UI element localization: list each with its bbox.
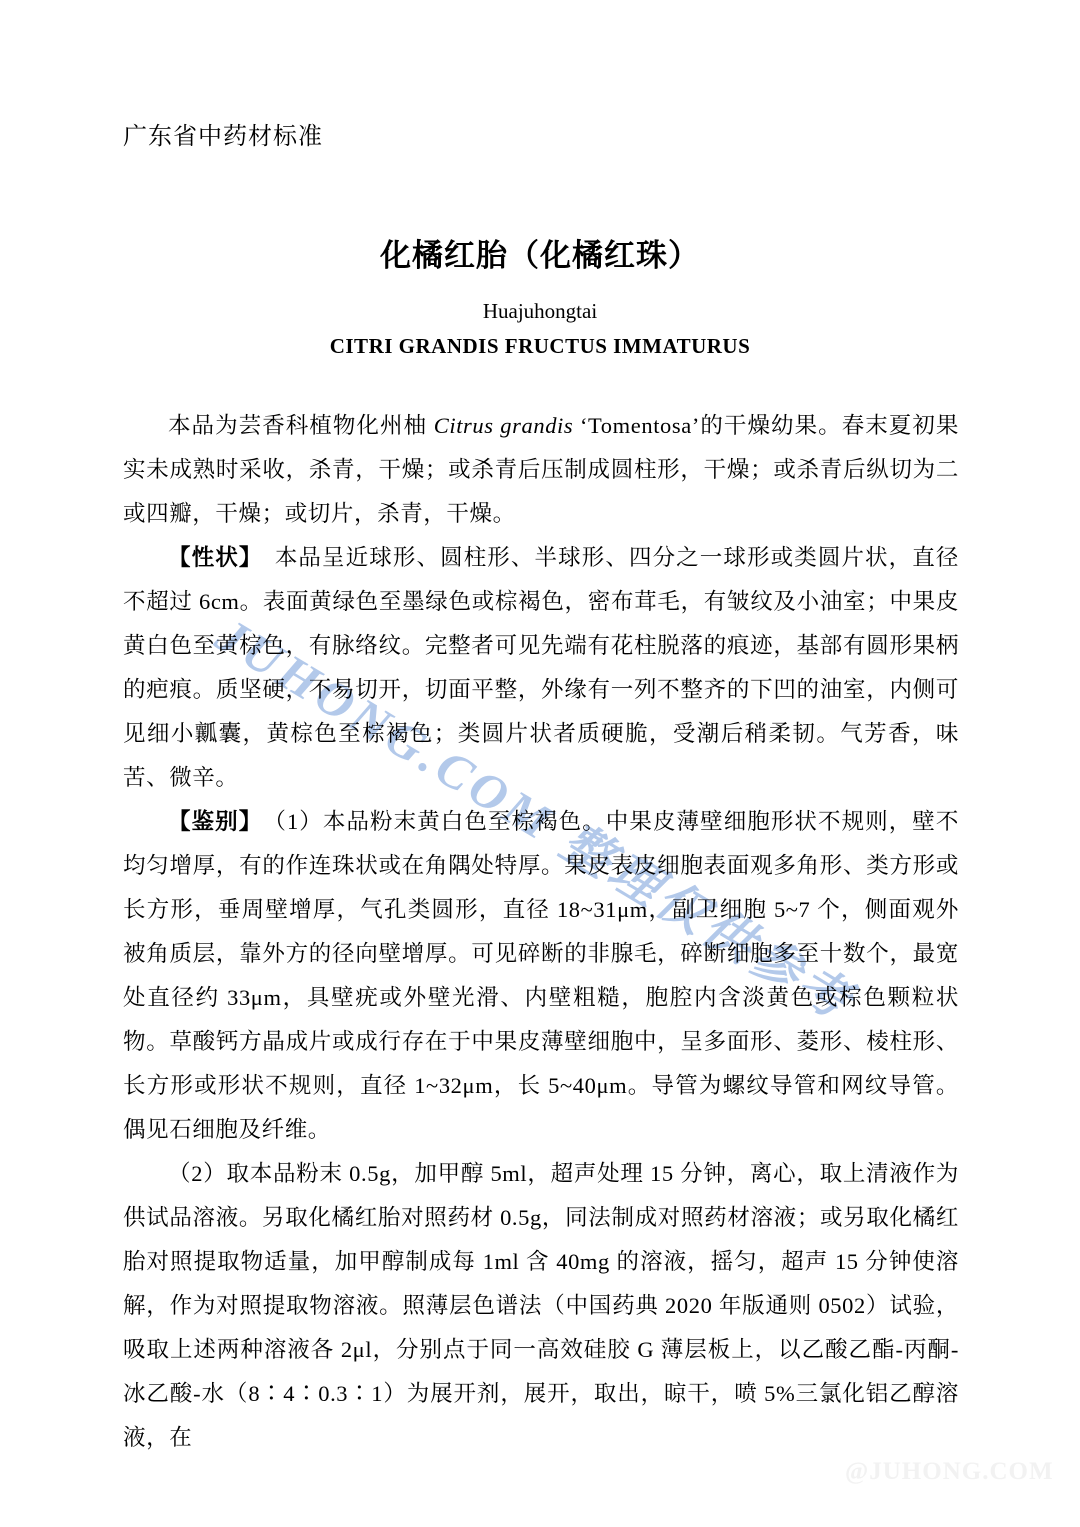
pinyin-name: Huajuhongtai [0, 299, 1080, 324]
identification-paragraph-1: 【鉴别】 （1）本品粉末黄白色至棕褐色。中果皮薄壁细胞形状不规则，壁不均匀增厚，… [123, 800, 959, 1152]
identification-item1-text: （1）本品粉末黄白色至棕褐色。中果皮薄壁细胞形状不规则，壁不均匀增厚，有的作连珠… [123, 809, 959, 1142]
page-title: 化橘红胎（化橘红珠） [0, 230, 1080, 275]
section-label-identification: 【鉴别】 [168, 809, 251, 834]
botanical-name: Citrus grandis [434, 413, 574, 438]
footer-watermark: @JUHONG.COM [845, 1458, 1054, 1486]
document-page: JUHONG.COM 整理仅供参考 @JUHONG.COM 广东省中药材标准 化… [0, 0, 1080, 1527]
body-text: 本品为芸香科植物化州柚 Citrus grandis ‘Tomentosa’的干… [123, 404, 959, 1460]
section-label-properties: 【性状】 [168, 545, 251, 570]
properties-paragraph: 【性状】 本品呈近球形、圆柱形、半球形、四分之一球形或类圆片状，直径不超过 6c… [123, 536, 959, 800]
latin-name: CITRI GRANDIS FRUCTUS IMMATURUS [0, 334, 1080, 359]
identification-item2-text: （2）取本品粉末 0.5g，加甲醇 5ml，超声处理 15 分钟，离心，取上清液… [123, 1161, 959, 1450]
properties-text: 本品呈近球形、圆柱形、半球形、四分之一球形或类圆片状，直径不超过 6cm。表面黄… [123, 545, 959, 790]
intro-text-lead: 本品为芸香科植物化州柚 [168, 413, 434, 438]
standard-name-header: 广东省中药材标准 [123, 116, 323, 151]
intro-paragraph: 本品为芸香科植物化州柚 Citrus grandis ‘Tomentosa’的干… [123, 404, 959, 536]
identification-paragraph-2: （2）取本品粉末 0.5g，加甲醇 5ml，超声处理 15 分钟，离心，取上清液… [123, 1152, 959, 1460]
